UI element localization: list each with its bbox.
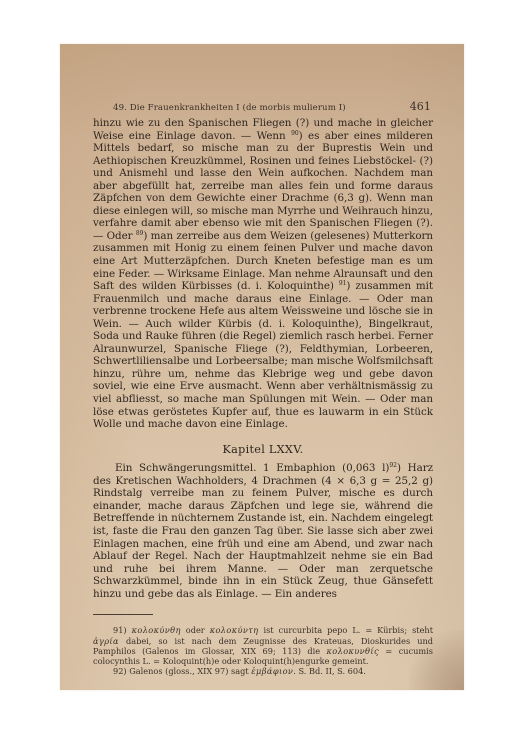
- footnote-ref: 90: [291, 130, 299, 137]
- text-run: ) es aber eines milderen Mittels bedarf,…: [93, 130, 433, 242]
- footnote-92: 92) Galenos (gloss., XIX 97) sagt ἐμβάφι…: [93, 666, 433, 676]
- greek-term: κολοκυνθίς: [327, 646, 379, 656]
- greek-term: κολοκύντη: [210, 625, 259, 635]
- footnote-91: 91) κολοκύνθη oder κολοκύντη ist curcurb…: [93, 625, 433, 666]
- footnote-number: 92): [113, 666, 127, 676]
- book-page: 49. Die Frauenkrankheiten I (de morbis m…: [60, 44, 464, 690]
- page-number: 461: [410, 100, 431, 113]
- paragraph-chapter-75: Ein Schwängerungsmittel. 1 Embaphion (0,…: [93, 462, 433, 600]
- chapter-title: Kapitel LXXV.: [93, 444, 433, 457]
- footnote-ref: 92: [389, 462, 397, 469]
- greek-term: ἐμβάφιον: [251, 666, 293, 676]
- paragraph-continuation: hinzu wie zu den Spanischen Fliegen (?) …: [93, 117, 433, 431]
- text-run: ) Harz des Kretischen Wachholders, 4 Dra…: [93, 462, 433, 599]
- text-run: oder: [181, 625, 210, 635]
- footnote-number: 91): [113, 625, 127, 635]
- running-head: 49. Die Frauenkrankheiten I (de morbis m…: [113, 100, 433, 114]
- text-run: Galenos (gloss., XIX 97) sagt: [127, 666, 252, 676]
- footnote-divider: [93, 614, 153, 615]
- footnotes: 91) κολοκύνθη oder κολοκύντη ist curcurb…: [93, 625, 433, 676]
- page-content: 49. Die Frauenkrankheiten I (de morbis m…: [93, 100, 433, 677]
- greek-term: ἀγρία: [93, 636, 119, 646]
- running-title: 49. Die Frauenkrankheiten I (de morbis m…: [113, 103, 346, 113]
- body-text: hinzu wie zu den Spanischen Fliegen (?) …: [93, 117, 433, 600]
- greek-term: κολοκύνθη: [132, 625, 181, 635]
- text-run: . S. Bd. II, S. 604.: [293, 666, 366, 676]
- text-run: ist curcurbita pepo L. = Kürbis; steht: [258, 625, 433, 635]
- text-run: ) zusammen mit Frauenmilch und mache dar…: [93, 280, 433, 430]
- text-run: Ein Schwängerungsmittel. 1 Embaphion (0,…: [115, 462, 389, 474]
